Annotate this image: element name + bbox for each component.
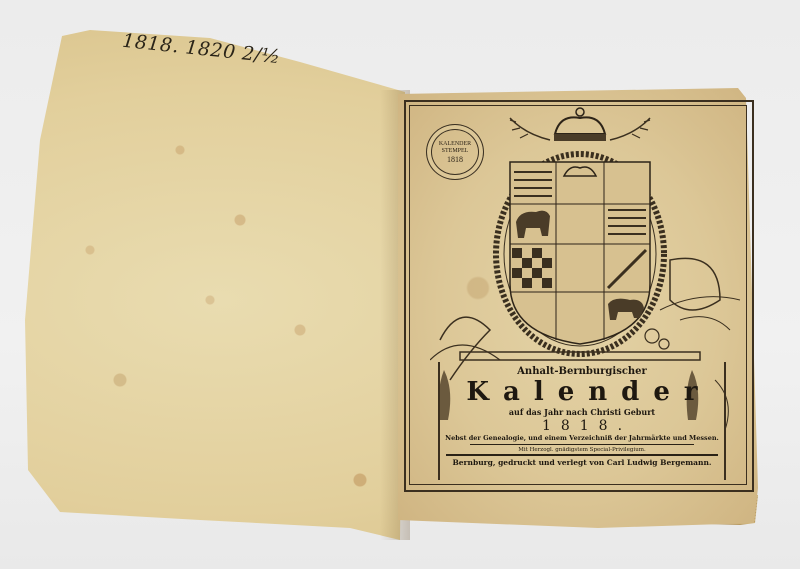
calendar-tax-stamp: KALENDER STEMPEL 1818: [426, 124, 484, 180]
title-block: Anhalt-Bernburgischer Kalender auf das J…: [438, 362, 726, 480]
printer-imprint: Bernburg, gedruckt und verlegt von Carl …: [440, 458, 724, 467]
title-year: 1818.: [440, 418, 724, 434]
divider: [446, 454, 718, 456]
stamp-line1: KALENDER: [439, 141, 471, 147]
title-contents-note: Nebst der Genealogie, und einem Verzeich…: [440, 434, 724, 442]
stamp-line2: STEMPEL: [442, 148, 469, 154]
main-title: Kalender: [440, 377, 724, 407]
divider: [470, 444, 694, 445]
photo-scene: 1818. 1820 2/½ KALENDER STEMPEL 1818: [0, 0, 800, 569]
title-line-region: Anhalt-Bernburgischer: [440, 366, 724, 377]
title-subtitle: auf das Jahr nach Christi Geburt: [440, 407, 724, 417]
privilege-note: Mit Herzogl. gnädigstem Special-Privileg…: [440, 447, 724, 453]
stamp-year: 1818: [447, 156, 463, 164]
